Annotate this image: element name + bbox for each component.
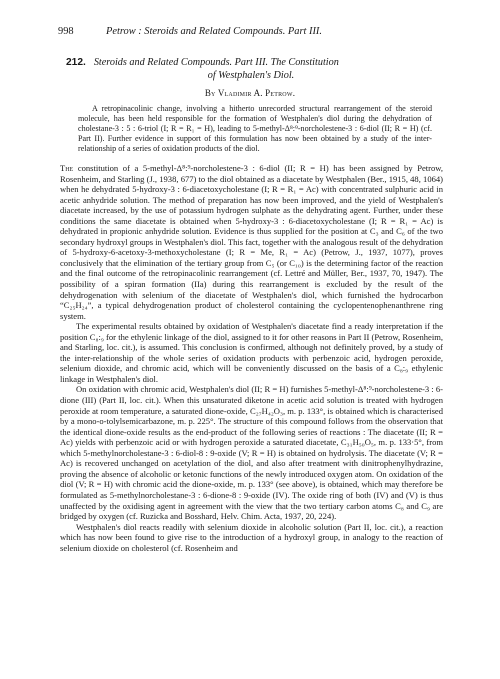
running-title: Petrow : Steroids and Related Compounds.… xyxy=(106,26,322,37)
paragraph-2: The experimental results obtained by oxi… xyxy=(60,321,443,384)
running-head: 998Petrow : Steroids and Related Compoun… xyxy=(58,26,398,38)
journal-page: 998Petrow : Steroids and Related Compoun… xyxy=(0,0,500,679)
paragraph-1: The constitution of a 5-methyl-Δ⁸:⁹-norc… xyxy=(60,163,443,321)
paragraph-4: Westphalen's diol reacts readily with se… xyxy=(60,522,443,554)
author-byline: By Vladimir A. Petrow. xyxy=(0,88,500,98)
article-title: 212.Steroids and Related Compounds. Part… xyxy=(66,56,436,82)
page-number: 998 xyxy=(58,26,106,38)
title-line-2: of Westphalen's Diol. xyxy=(66,69,436,82)
article-body: The constitution of a 5-methyl-Δ⁸:⁹-norc… xyxy=(60,163,443,553)
article-number: 212. xyxy=(66,57,86,68)
paragraph-1-text: constitution of a 5-methyl-Δ⁸:⁹-norchole… xyxy=(60,163,443,321)
title-line-1: Steroids and Related Compounds. Part III… xyxy=(94,57,339,68)
paragraph-1-lead: The xyxy=(60,163,73,173)
abstract: A retropinacolinic change, involving a h… xyxy=(78,104,432,154)
paragraph-3: On oxidation with chromic acid, Westphal… xyxy=(60,384,443,521)
abstract-text: A retropinacolinic change, involving a h… xyxy=(78,104,432,154)
